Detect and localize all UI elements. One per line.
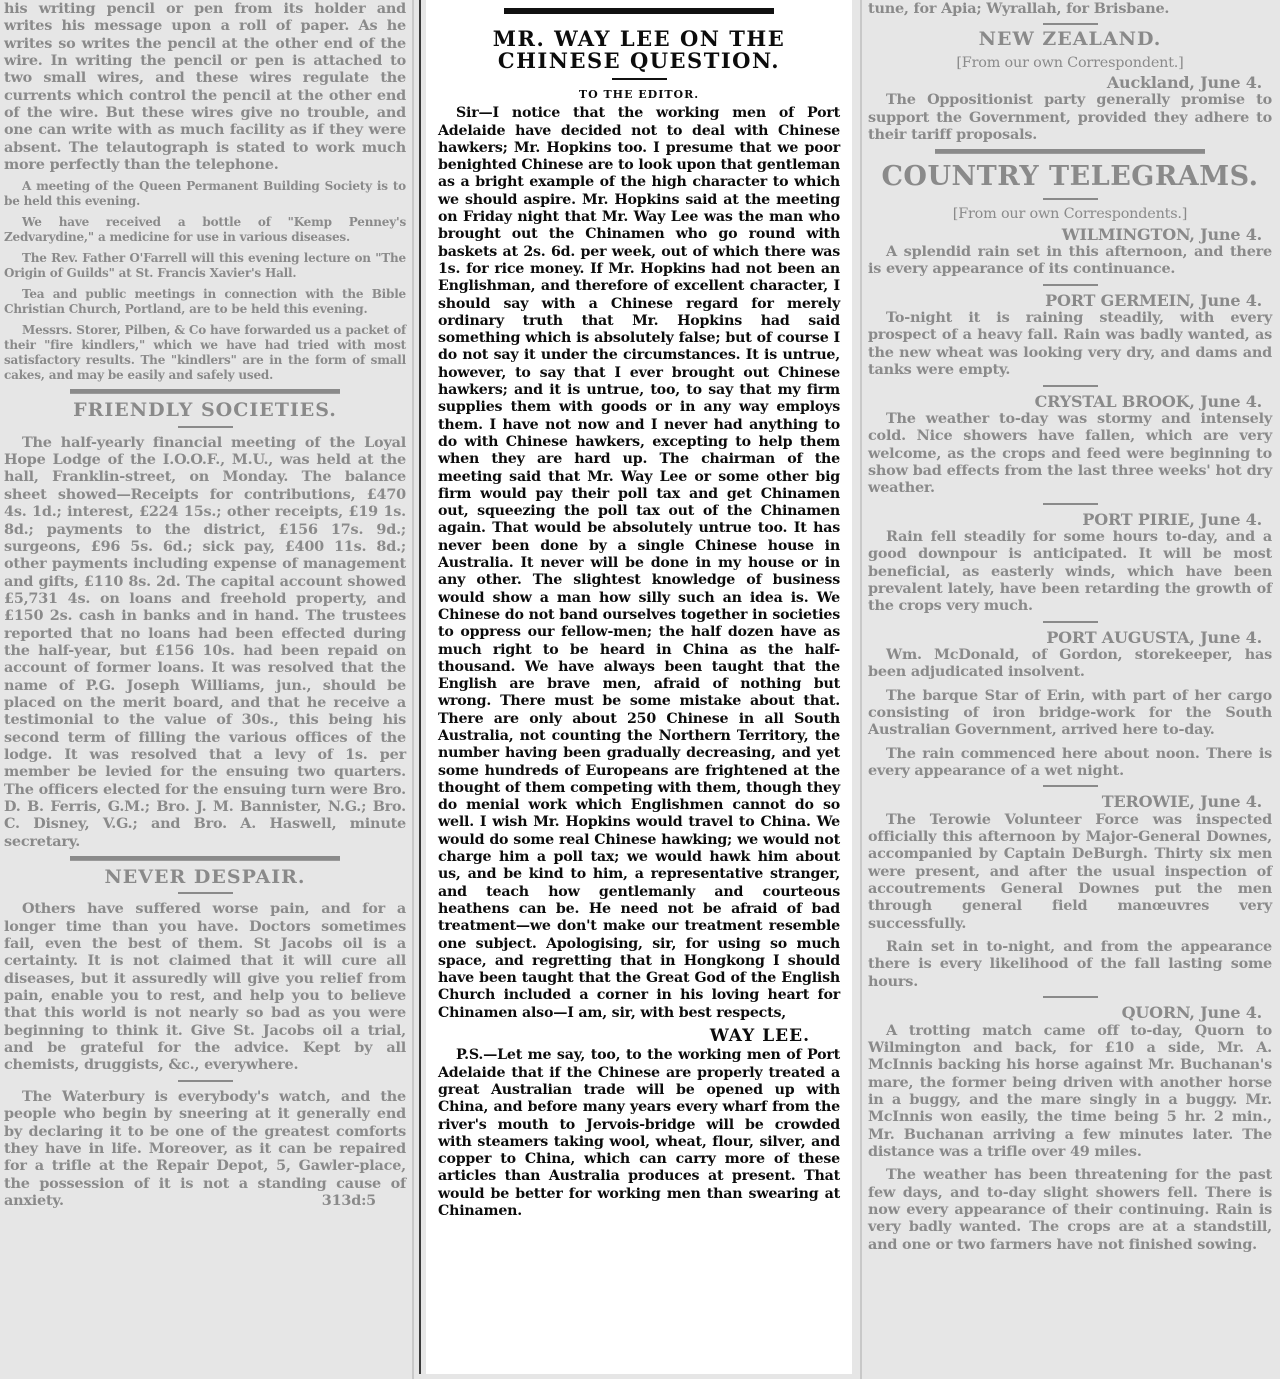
notice-item: A meeting of the Queen Permanent Buildin… [4,179,406,209]
telegram-paragraph: The rain commenced here about noon. Ther… [868,745,1272,780]
left-column: his writing pencil or pen from its holde… [4,0,406,1215]
telegram-paragraph: The weather has been threatening for the… [868,1166,1272,1253]
column-divider-left [412,0,414,1379]
section-rule [70,856,340,861]
telegram-paragraph: The barque Star of Erin, with part of he… [868,687,1272,739]
telegram-dateline: TEROWIE, June 4. [868,793,1272,810]
letter-postscript: P.S.—Let me say, too, to the working men… [438,1047,840,1220]
new-zealand-dateline: Auckland, June 4. [868,74,1272,91]
telegram-dateline: CRYSTAL BROOK, June 4. [868,393,1272,410]
telegram-paragraph: Rain set in to-night, and from the appea… [868,938,1272,990]
telegram-port-augusta: PORT AUGUSTA, June 4. Wm. McDonald, of G… [868,629,1272,780]
section-rule [935,149,1205,154]
highlighted-article: MR. WAY LEE ON THE CHINESE QUESTION. TO … [426,0,852,1374]
telautograph-continuation: his writing pencil or pen from its holde… [4,0,406,173]
waterbury-advert: The Waterbury is everybody's watch, and … [4,1088,406,1209]
telegram-paragraph: The weather to-day was stormy and intens… [868,410,1272,497]
section-rule [178,1080,233,1082]
notice-item: Tea and public meetings in connection wi… [4,287,406,317]
telegram-paragraph: To-night it is raining steadily, with ev… [868,309,1272,378]
telegram-wilmington: WILMINGTON, June 4. A splendid rain set … [868,226,1272,278]
letter-signature: WAY LEE. [438,1028,840,1045]
section-rule [1043,785,1098,787]
right-column: tune, for Apia; Wyrallah, for Brisbane. … [868,0,1272,1259]
telegram-paragraph: Wm. McDonald, of Gordon, storekeeper, ha… [868,646,1272,681]
telegram-paragraph: A splendid rain set in this afternoon, a… [868,243,1272,278]
new-zealand-source: [From our own Correspondent.] [868,55,1272,72]
telegram-dateline: QUORN, June 4. [868,1004,1272,1021]
letter-body: Sir—I notice that the working men of Por… [438,105,840,1022]
telegram-dateline: PORT GERMEIN, June 4. [868,292,1272,309]
never-despair-body: Others have suffered worse pain, and for… [4,900,406,1073]
new-zealand-heading: NEW ZEALAND. [868,31,1272,48]
country-telegrams-heading: COUNTRY TELEGRAMS. [868,162,1272,192]
telegram-dateline: PORT AUGUSTA, June 4. [868,629,1272,646]
new-zealand-body: The Oppositionist party generally promis… [868,91,1272,143]
section-rule [1043,996,1098,998]
advert-code: 313d:5 [304,1192,406,1209]
friendly-societies-heading: FRIENDLY SOCIETIES. [4,402,406,419]
section-rule [1043,621,1098,623]
country-telegrams-source: [From our own Correspondents.] [868,206,1272,223]
telegram-port-germein: PORT GERMEIN, June 4. To-night it is rai… [868,292,1272,379]
waterbury-body: The Waterbury is everybody's watch, and … [4,1088,406,1209]
telegram-dateline: PORT PIRIE, June 4. [868,511,1272,528]
telegram-crystal-brook: CRYSTAL BROOK, June 4. The weather to-da… [868,393,1272,497]
telegram-dateline: WILMINGTON, June 4. [868,226,1272,243]
section-rule [178,892,233,894]
notice-item: Messrs. Storer, Pilben, & Co have forwar… [4,323,406,383]
article-title: MR. WAY LEE ON THE CHINESE QUESTION. [438,28,840,72]
article-addressee: TO THE EDITOR. [438,86,840,103]
friendly-societies-body: The half-yearly financial meeting of the… [4,434,406,850]
telegram-quorn: QUORN, June 4. A trotting match came off… [868,1004,1272,1253]
telegram-port-pirie: PORT PIRIE, June 4. Rain fell steadily f… [868,511,1272,615]
section-rule [178,426,233,428]
section-rule [1043,503,1098,505]
notice-item: The Rev. Father O'Farrell will this even… [4,251,406,281]
telegram-paragraph: Rain fell steadily for some hours to-day… [868,528,1272,615]
telegram-paragraph: The Terowie Volunteer Force was inspecte… [868,811,1272,932]
section-rule [70,389,340,394]
local-notices: A meeting of the Queen Permanent Buildin… [4,179,406,383]
notice-item: We have received a bottle of "Kemp Penne… [4,215,406,245]
column-divider-right [860,0,862,1379]
title-rule [612,78,667,80]
telegram-terowie: TEROWIE, June 4. The Terowie Volunteer F… [868,793,1272,990]
section-rule [1043,23,1098,25]
section-rule [1043,385,1098,387]
article-top-rule [504,8,774,14]
telegram-paragraph: A trotting match came off to-day, Quorn … [868,1022,1272,1161]
section-rule [1043,284,1098,286]
shipping-continuation: tune, for Apia; Wyrallah, for Brisbane. [868,0,1272,17]
never-despair-heading: NEVER DESPAIR. [4,869,406,886]
section-rule [1043,198,1098,200]
